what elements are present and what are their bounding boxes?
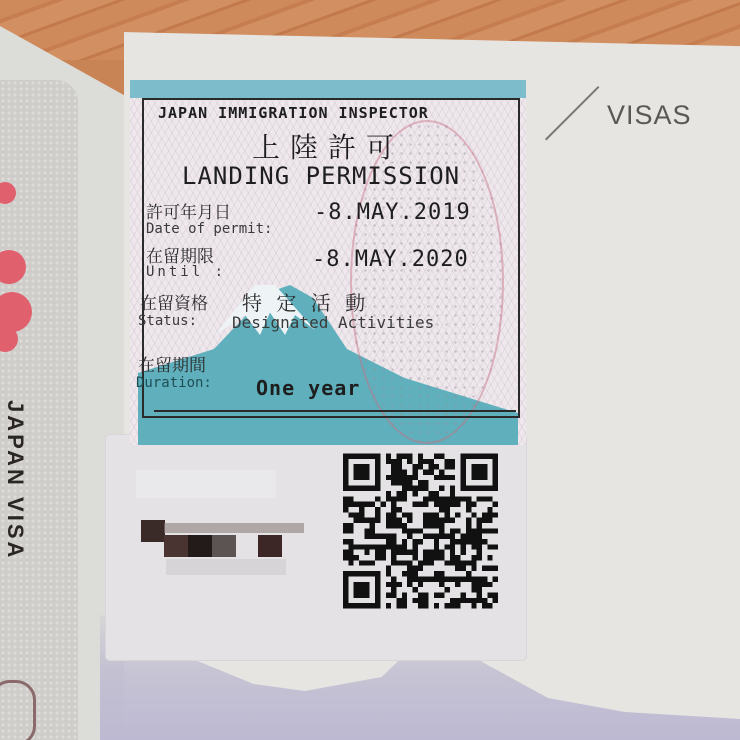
issuer-label: JAPAN IMMIGRATION INSPECTOR xyxy=(158,104,429,122)
duration-label-en: Duration: xyxy=(136,375,212,391)
status-label-jp: 在留資格 xyxy=(140,289,208,314)
redacted-field xyxy=(258,535,282,557)
emblem-icon xyxy=(0,680,36,740)
japan-visa-vertical-title: JAPAN VISA xyxy=(4,400,28,580)
qr-code[interactable] xyxy=(343,452,498,610)
sakura-flower-icon xyxy=(0,250,26,284)
title-english: LANDING PERMISSION xyxy=(182,162,460,190)
status-value-en: Designated Activities xyxy=(232,313,434,332)
left-page-visa-panel: JAPAN VISA xyxy=(0,80,78,740)
redacted-field xyxy=(141,520,165,542)
date-of-permit-label-en: Date of permit: xyxy=(146,221,272,237)
until-label-en: Until : xyxy=(146,264,226,280)
sakura-flower-icon xyxy=(0,182,16,204)
redacted-field xyxy=(166,559,286,575)
duration-label-jp: 在留期間 xyxy=(138,351,206,376)
title-japanese: 上陸許可 xyxy=(252,126,404,166)
redacted-field xyxy=(136,470,276,498)
duration-value: One year xyxy=(256,376,360,400)
until-value: -8.MAY.2020 xyxy=(312,247,469,272)
redacted-field xyxy=(212,535,236,557)
frame-divider xyxy=(154,410,516,412)
redacted-field xyxy=(164,523,304,533)
date-of-permit-label-jp: 許可年月日 xyxy=(146,198,231,223)
visas-heading: VISAS xyxy=(607,100,692,131)
redacted-field xyxy=(188,535,212,557)
status-label-en: Status: xyxy=(138,313,197,329)
status-value-jp: 特 定 活 動 xyxy=(242,287,369,316)
landing-permission-sticker: JAPAN IMMIGRATION INSPECTOR 上陸許可 LANDING… xyxy=(106,80,526,660)
date-of-permit-value: -8.MAY.2019 xyxy=(314,200,471,225)
redacted-field xyxy=(164,535,188,557)
